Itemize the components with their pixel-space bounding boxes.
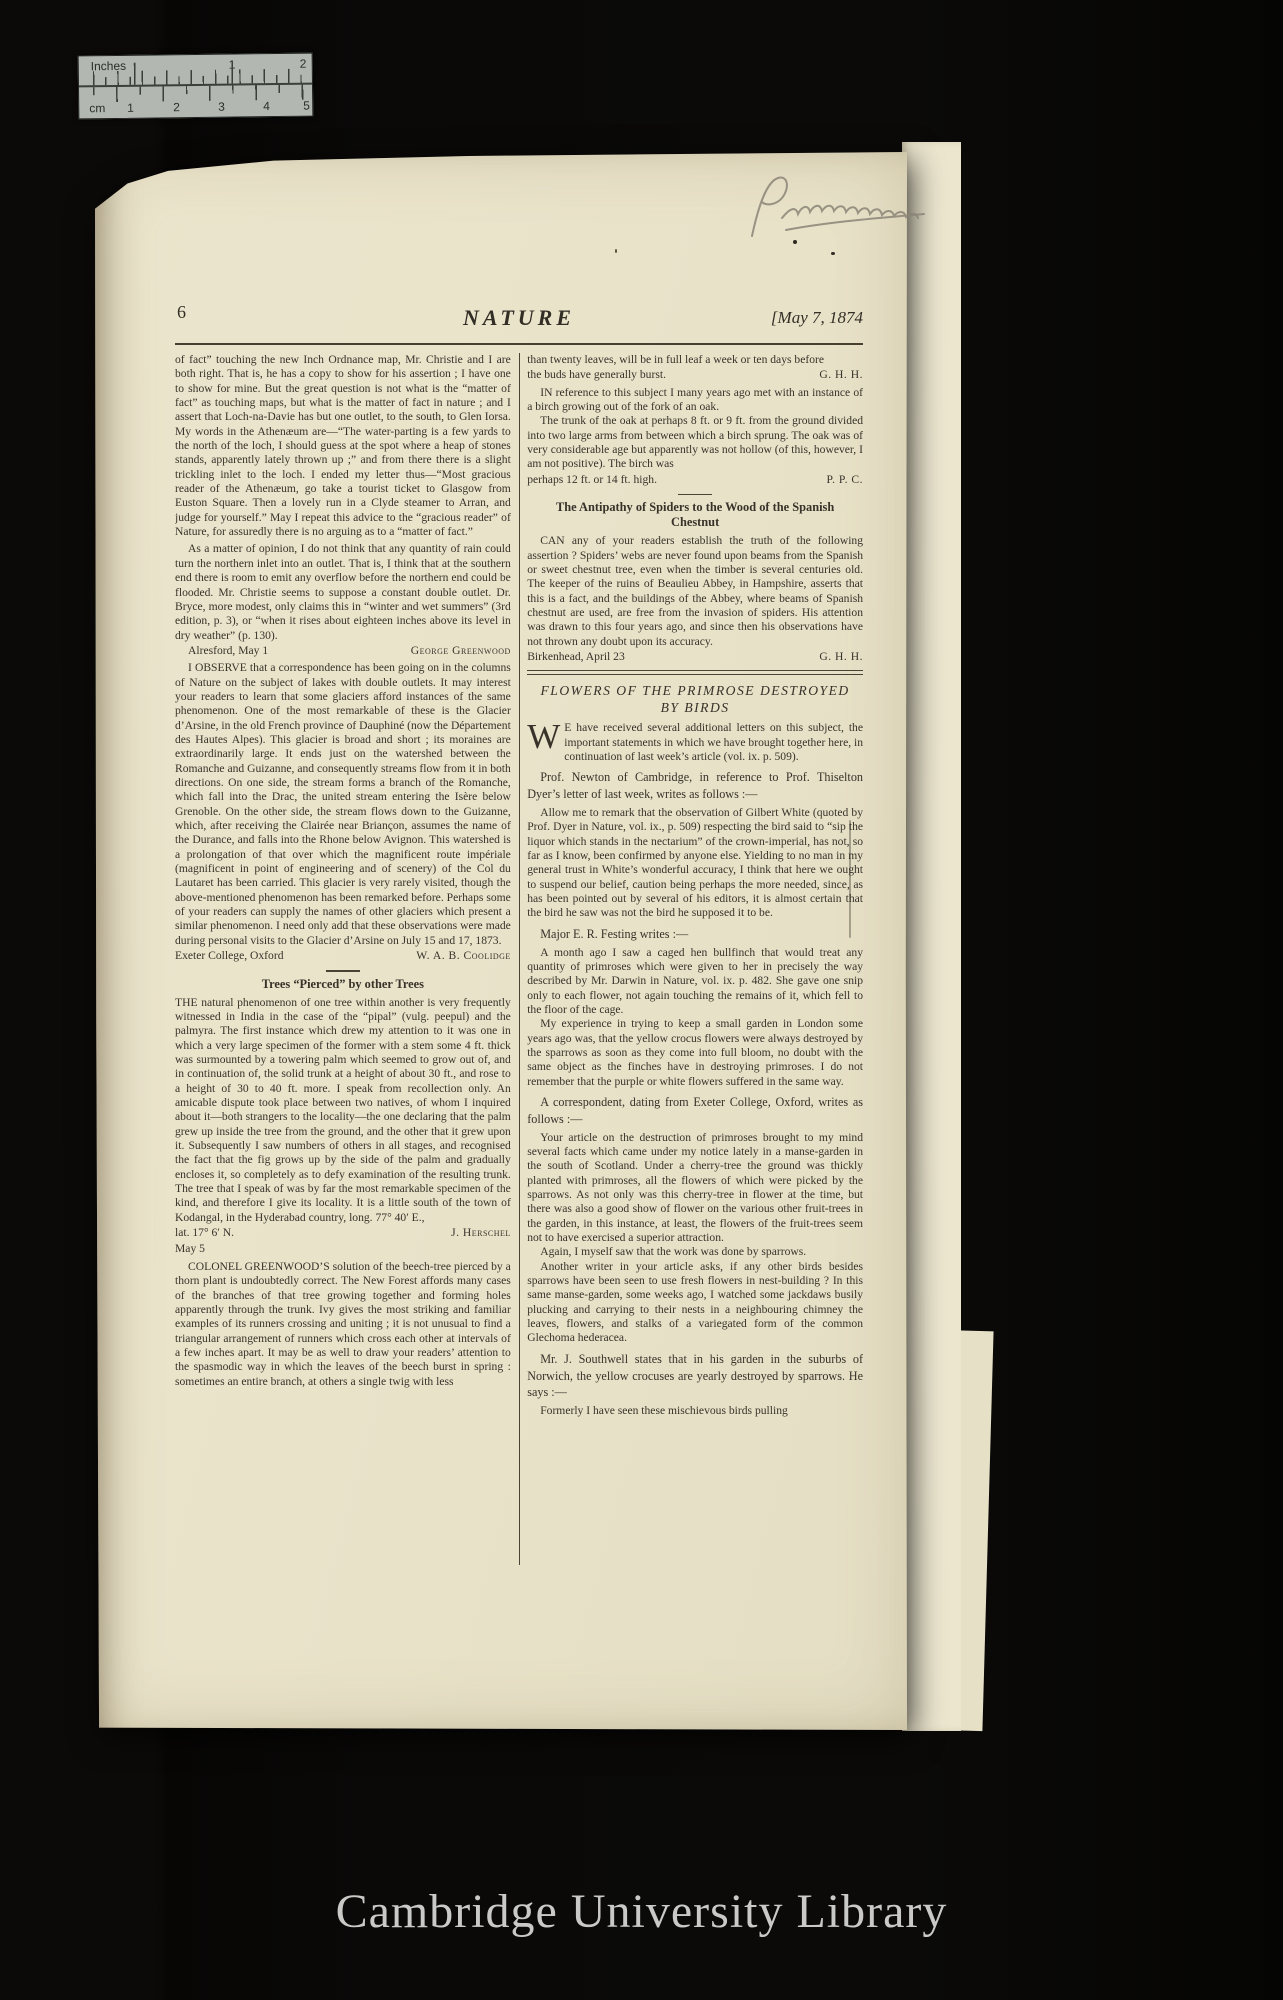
right-column: than twenty leaves, will be in full leaf… (527, 353, 863, 1569)
ruler-cm-row: cm 1 2 3 4 5 (79, 85, 312, 117)
lead-paragraph: WE have received several additional lett… (527, 721, 863, 764)
paragraph: A correspondent, dating from Exeter Coll… (527, 1094, 863, 1128)
journal-page: 6 NATURE [May 7, 1874 of fact” touching … (95, 152, 907, 1730)
article-heading-flowers-line2: BY BIRDS (527, 699, 863, 716)
left-column: of fact” touching the new Inch Ordnance … (175, 353, 511, 1569)
paragraph: A month ago I saw a caged hen bullfinch … (527, 946, 863, 1018)
drop-cap: W (527, 721, 564, 750)
section-heading-spiders-line2: Chestnut (527, 515, 863, 530)
signature-name: G. H. H. (819, 368, 863, 382)
lead-paragraph-text: E have received several additional lette… (564, 721, 863, 763)
paragraph: Major E. R. Festing writes :— (527, 926, 863, 943)
paragraph: CAN any of your readers establish the tr… (527, 534, 863, 649)
paragraph: THE natural phenomenon of one tree withi… (175, 996, 511, 1226)
text-columns: of fact” touching the new Inch Ordnance … (175, 353, 863, 1569)
paragraph: My experience in trying to keep a small … (527, 1017, 863, 1089)
signature-row: perhaps 12 ft. or 14 ft. high. P. P. C. (527, 473, 863, 487)
paragraph: than twenty leaves, will be in full leaf… (527, 353, 863, 367)
signature-row: the buds have generally burst. G. H. H. (527, 368, 863, 382)
article-heading-flowers: FLOWERS OF THE PRIMROSE DESTROYED (527, 682, 863, 699)
library-watermark: Cambridge University Library (0, 1884, 1283, 1939)
paragraph: As a matter of opinion, I do not think t… (175, 542, 511, 642)
paragraph: Formerly I have seen these mischievous b… (527, 1404, 863, 1418)
paragraph-end: perhaps 12 ft. or 14 ft. high. (527, 473, 657, 487)
paragraph: The trunk of the oak at perhaps 8 ft. or… (527, 414, 863, 471)
paragraph: Another writer in your article asks, if … (527, 1260, 863, 1346)
ruler-cm-1: 1 (127, 101, 134, 115)
paragraph: Again, I myself saw that the work was do… (527, 1245, 863, 1259)
section-heading-trees: Trees “Pierced” by other Trees (175, 977, 511, 992)
signature-row: Birkenhead, April 23 G. H. H. (527, 650, 863, 664)
paragraph: Allow me to remark that the observation … (527, 806, 863, 921)
issue-date: [May 7, 1874 (175, 308, 863, 328)
paragraph-end: the buds have generally burst. (527, 368, 666, 382)
paragraph: Your article on the destruction of primr… (527, 1131, 863, 1246)
ruler-cm-4: 4 (263, 99, 270, 113)
signature-name: J. Herschel (451, 1226, 511, 1240)
ruler-cm-ticks-big (116, 85, 312, 102)
paragraph: IN reference to this subject I many year… (527, 386, 863, 415)
signature-row: lat. 17° 6′ N. J. Herschel (175, 1226, 511, 1240)
section-heading-spiders: The Antipathy of Spiders to the Wood of … (527, 500, 863, 515)
ruler-inch-ticks-big (134, 61, 312, 85)
signature-coordinates: lat. 17° 6′ N. (175, 1226, 234, 1240)
header-rule (175, 343, 863, 345)
ruler-cm-3: 3 (218, 100, 225, 114)
paragraph: COLONEL GREENWOOD’S solution of the beec… (175, 1260, 511, 1389)
signature-row: Exeter College, Oxford W. A. B. Coolidge (175, 949, 511, 963)
ruler-cm-label: cm (89, 101, 105, 115)
paragraph: Prof. Newton of Cambridge, in reference … (527, 769, 863, 803)
article-divider (527, 670, 863, 675)
section-divider (678, 494, 712, 495)
signature-row: Alresford, May 1 George Greenwood (175, 644, 511, 658)
page-edge-right (902, 142, 961, 1731)
paragraph: Mr. J. Southwell states that in his gard… (527, 1351, 863, 1401)
signature-name: George Greenwood (411, 644, 511, 658)
paragraph: of fact” touching the new Inch Ordnance … (175, 353, 511, 539)
signature-name: W. A. B. Coolidge (416, 949, 511, 963)
scanned-page-viewer: Inches 1 2 cm 1 2 3 4 5 6 NATURE (0, 0, 1283, 2000)
ruler-cm-5: 5 (303, 99, 310, 113)
measurement-ruler: Inches 1 2 cm 1 2 3 4 5 (78, 53, 314, 120)
paper-speck (831, 252, 835, 255)
signature-name: P. P. C. (826, 473, 863, 487)
paragraph: I OBSERVE that a correspondence has been… (175, 661, 511, 948)
signature-place: Alresford, May 1 (175, 644, 268, 658)
ruler-cm-2: 2 (173, 100, 180, 114)
signature-place: Birkenhead, April 23 (527, 650, 625, 664)
ruler-inches-row: Inches 1 2 (79, 54, 312, 88)
signature-name: G. H. H. (819, 650, 863, 664)
section-divider (326, 970, 360, 971)
signature-date: May 5 (175, 1242, 511, 1256)
column-rule (519, 353, 520, 1565)
handwritten-inscription (738, 172, 953, 252)
paper-speck (615, 249, 617, 253)
signature-place: Exeter College, Oxford (175, 949, 284, 963)
